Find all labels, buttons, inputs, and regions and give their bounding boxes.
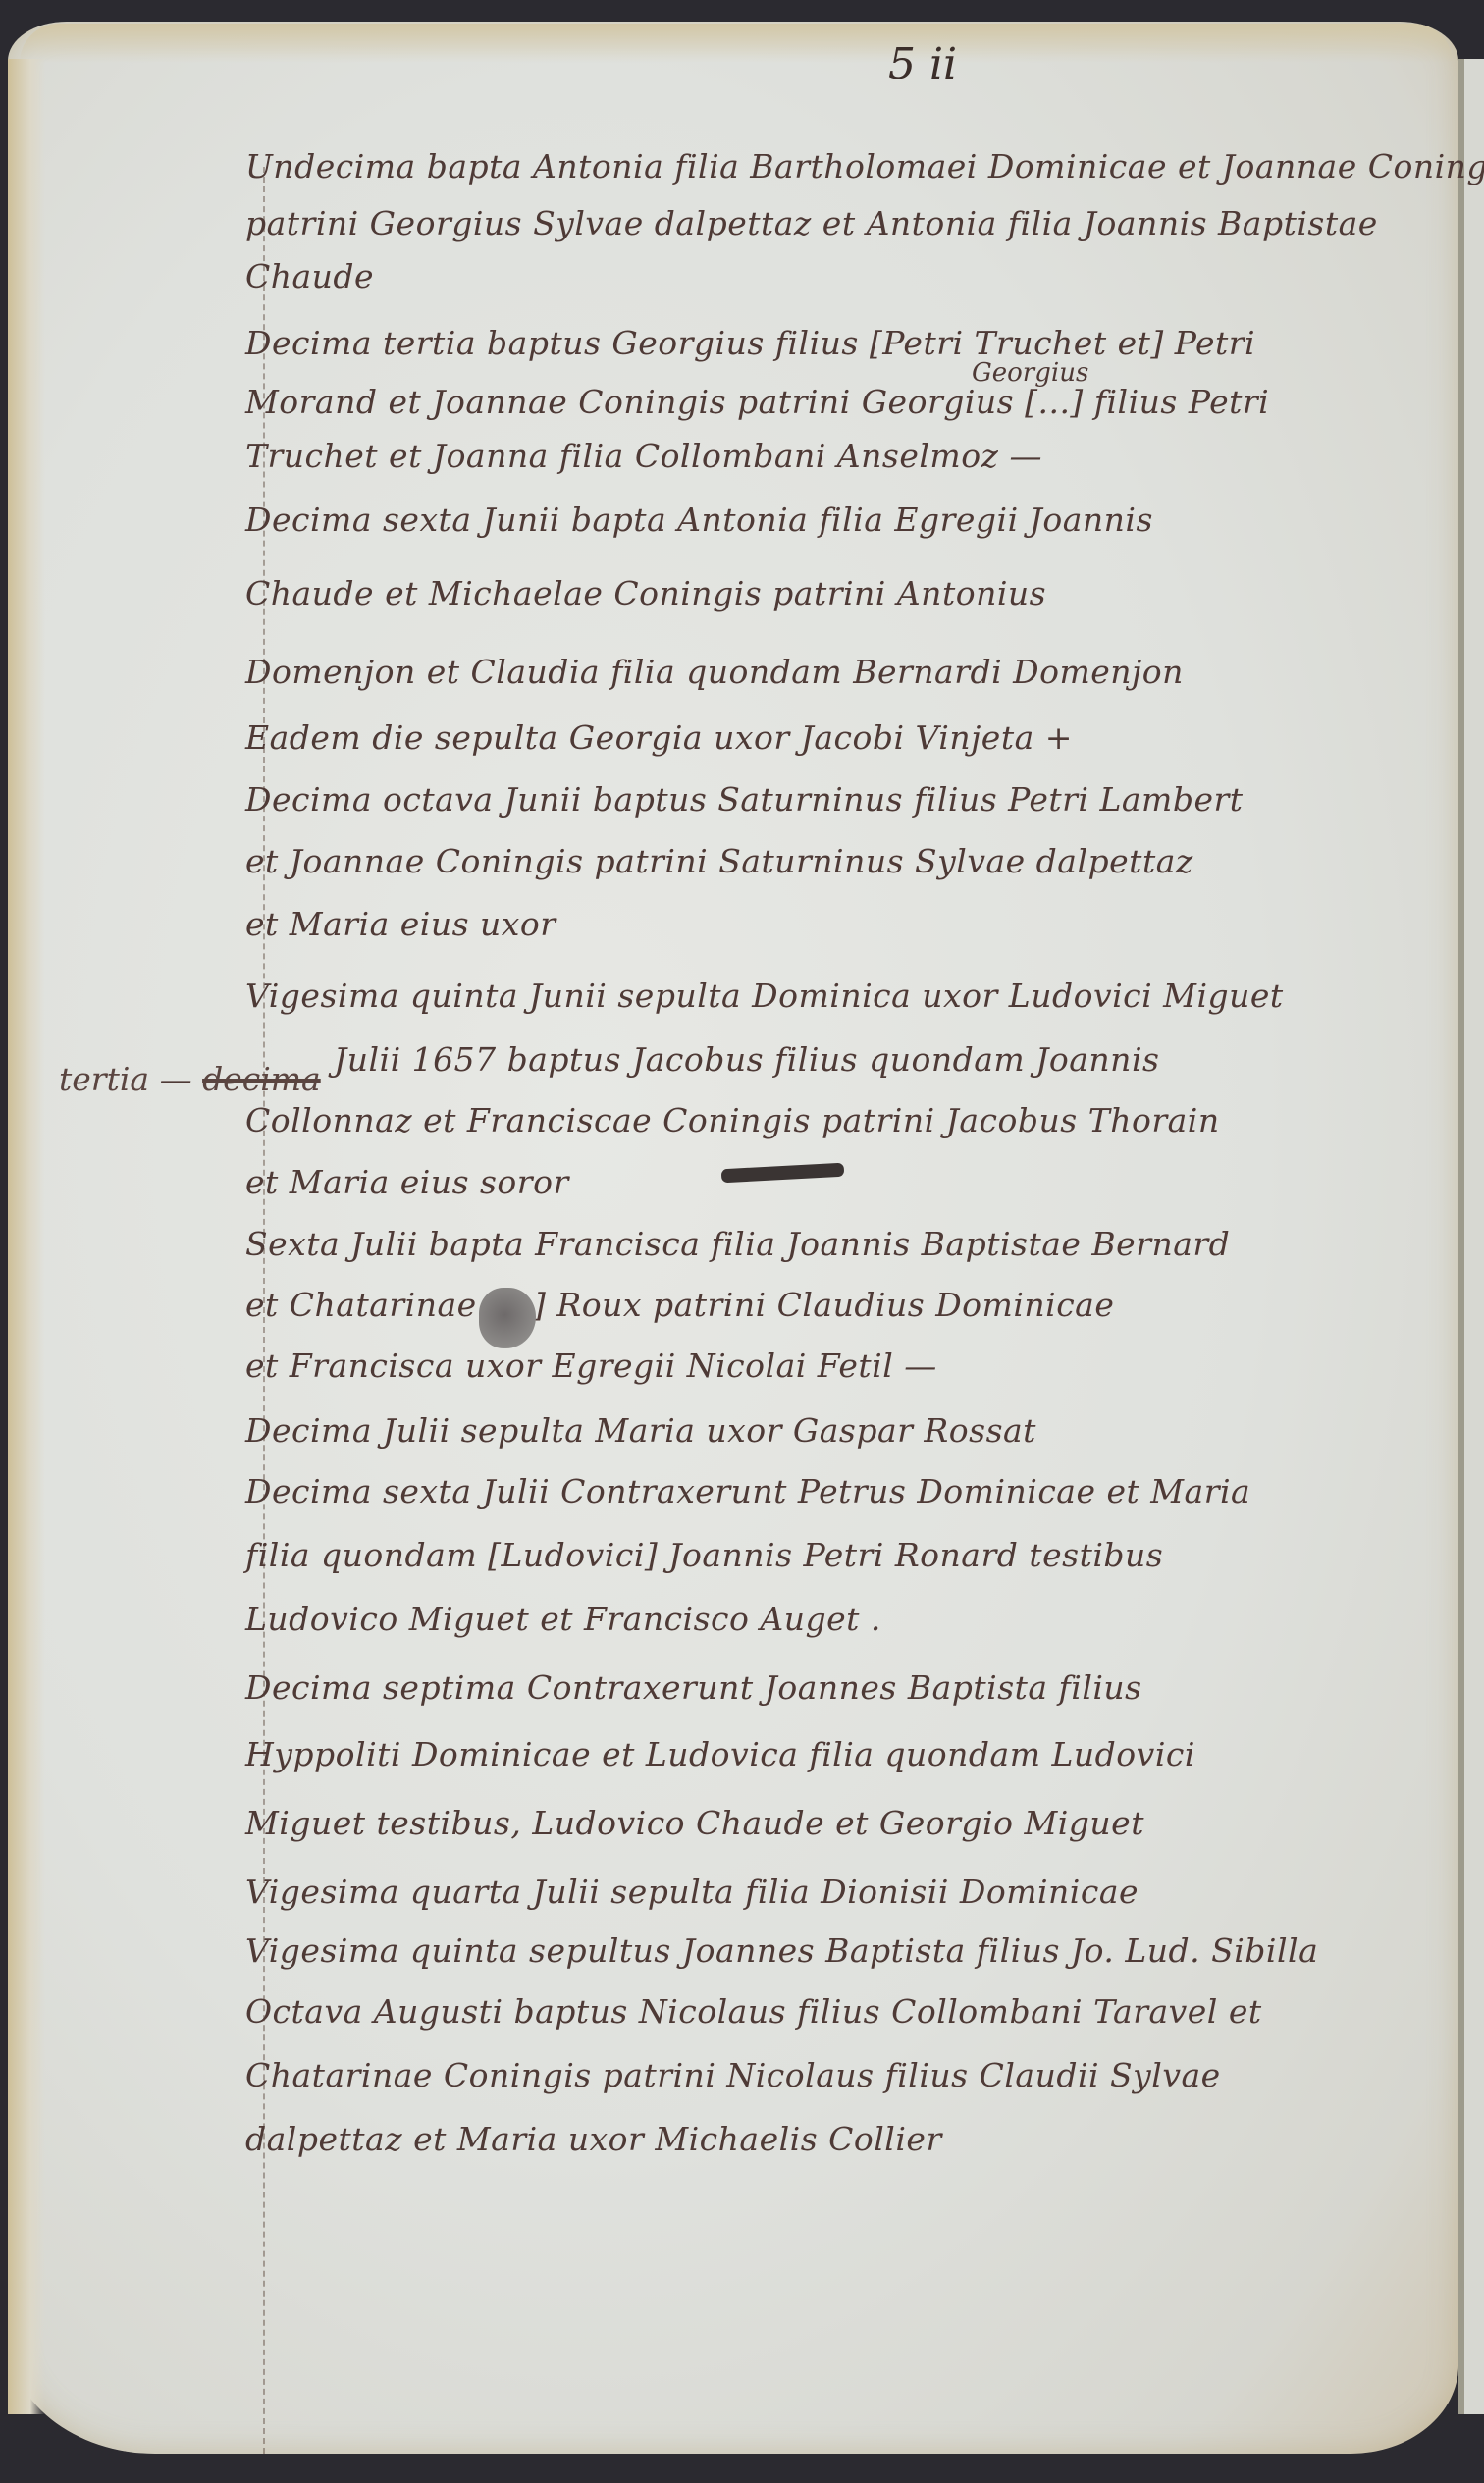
binding-edge — [8, 59, 45, 2414]
entry-13-line-1: Vigesima quinta sepultus Joannes Baptist… — [245, 1931, 1318, 1970]
margin-note: tertia — decima — [59, 1060, 321, 1098]
entry-14-line-1: Octava Augusti baptus Nicolaus filius Co… — [245, 1992, 1262, 2031]
entry-14-line-3: dalpettaz et Maria uxor Michaelis Collie… — [245, 2120, 942, 2158]
entry-5-line-2: et Joannae Coningis patrini Saturninus S… — [245, 842, 1193, 880]
margin-note-struck: decima — [202, 1060, 321, 1098]
entry-3-line-3: Domenjon et Claudia filia quondam Bernar… — [245, 653, 1184, 691]
entry-5-line-1: Decima octava Junii baptus Saturninus fi… — [245, 780, 1244, 819]
next-page-edge — [1458, 59, 1484, 2414]
entry-2-line-2: Morand et Joannae Coningis patrini Georg… — [245, 383, 1269, 421]
entry-6-line-1: Vigesima quinta Junii sepulta Dominica u… — [245, 977, 1284, 1015]
entry-11-line-1: Decima septima Contraxerunt Joannes Bapt… — [245, 1668, 1142, 1707]
entry-14-line-2: Chatarinae Coningis patrini Nicolaus fil… — [245, 2056, 1221, 2094]
entry-4-line-1: Eadem die sepulta Georgia uxor Jacobi Vi… — [245, 718, 1073, 757]
entry-2-line-3: Truchet et Joanna filia Collombani Ansel… — [245, 437, 1042, 475]
entry-10-line-1: Decima sexta Julii Contraxerunt Petrus D… — [245, 1472, 1250, 1510]
entry-3-line-2: Chaude et Michaelae Coningis patrini Ant… — [245, 574, 1046, 612]
entry-7-line-2: Collonnaz et Franciscae Coningis patrini… — [245, 1101, 1220, 1139]
entry-3-line-1: Decima sexta Junii bapta Antonia filia E… — [245, 501, 1153, 539]
margin-note-text: tertia — [59, 1060, 149, 1098]
entry-8-line-2: et Chatarinae [...] Roux patrini Claudiu… — [245, 1286, 1114, 1324]
entry-1-line-3: Chaude — [245, 257, 374, 295]
entry-11-line-3: Miguet testibus, Ludovico Chaude et Geor… — [245, 1804, 1144, 1842]
entry-10-line-3: Ludovico Miguet et Francisco Auget . — [245, 1600, 881, 1638]
entry-7-line-1: Julii 1657 baptus Jacobus filius quondam… — [334, 1040, 1159, 1079]
entry-11-line-2: Hyppoliti Dominicae et Ludovica filia qu… — [245, 1735, 1195, 1773]
entry-2-line-1: Decima tertia baptus Georgius filius [Pe… — [245, 324, 1255, 362]
entry-7-line-3: et Maria eius soror — [245, 1163, 569, 1201]
folio-mark: 5 ii — [888, 39, 957, 89]
entry-9-line-1: Decima Julii sepulta Maria uxor Gaspar R… — [245, 1411, 1036, 1450]
entry-12-line-1: Vigesima quarta Julii sepulta filia Dion… — [245, 1873, 1139, 1911]
entry-1-line-1: Undecima bapta Antonia filia Bartholomae… — [245, 147, 1484, 185]
entry-10-line-2: filia quondam [Ludovici] Joannis Petri R… — [245, 1536, 1163, 1574]
entry-8-line-1: Sexta Julii bapta Francisca filia Joanni… — [245, 1225, 1230, 1263]
aged-page-edge — [20, 24, 1453, 63]
entry-5-line-3: et Maria eius uxor — [245, 905, 556, 943]
entry-1-line-2: patrini Georgius Sylvae dalpettaz et Ant… — [245, 204, 1378, 242]
entry-8-line-3: et Francisca uxor Egregii Nicolai Fetil … — [245, 1347, 937, 1385]
